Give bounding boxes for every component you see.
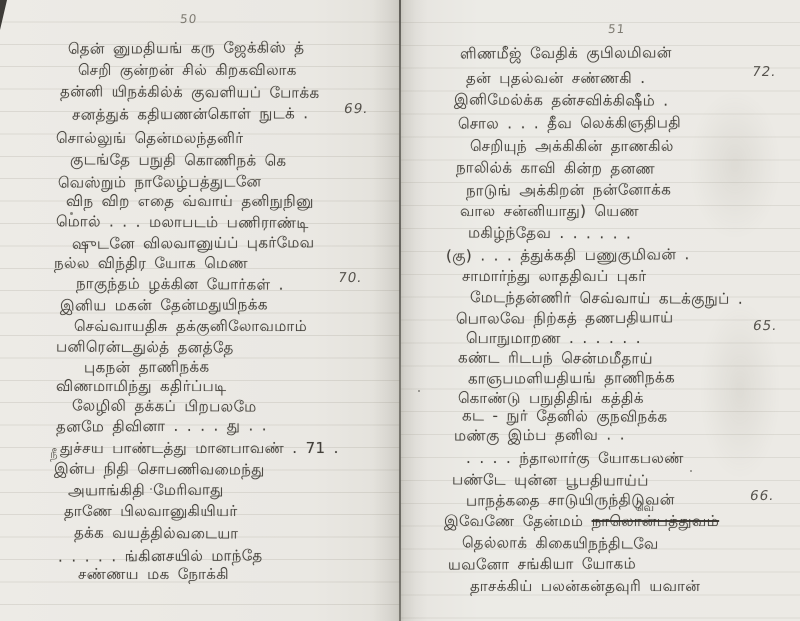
manuscript-line: கட - நுர் தேனில் குநவிநக்க [462, 407, 668, 425]
manuscript-line: பொலவே நிற்கத் தணபதியாய் [456, 309, 674, 327]
book-gutter [399, 0, 401, 621]
stanza-number: 69. [343, 101, 370, 117]
manuscript-scan: 50 தென் னுமதியங் கரு ஜேக்கிஸ் த்செறி குன… [0, 0, 800, 621]
page-number-left: 50 [179, 12, 198, 26]
manuscript-line: பொநுமாறண . . . . . . [466, 330, 641, 347]
manuscript-line: நாடுங் அக்கிறன் நன்னோக்க [466, 181, 671, 199]
manuscript-line: சண்ணய மக நோக்கி [78, 566, 229, 583]
manuscript-line: (கு) . . . த்துக்கதி பணுகுமிவன் . [446, 246, 690, 264]
manuscript-line: மகிழ்ந்தேவ . . . . . . [468, 225, 631, 243]
manuscript-line: இனிய மகன் தேன்மதுயிநக்க [60, 296, 268, 314]
manuscript-line: நல்ல விந்திர யோக மெண [54, 255, 248, 272]
manuscript-line: கொண்டு பநுதிதிங் கத்திக் [458, 390, 644, 407]
left-page: 50 தென் னுமதியங் கரு ஜேக்கிஸ் த்செறி குன… [0, 0, 400, 621]
manuscript-line: இனிமேல்க்க தன்சவிக்கிஷீம் . [454, 91, 669, 109]
manuscript-line: சொல்லுங் தென்மலந்தனிர் [56, 130, 244, 147]
dust-speck [150, 488, 152, 490]
manuscript-line: வெஸ்றும் நாலேழ்பத்துடனே [58, 173, 262, 191]
manuscript-line: மேடந்தன்ணிர் செவ்வாய் கடக்குநுப் . [470, 289, 743, 308]
manuscript-line: சனத்துக் கதியணன்கொள் நுடக் . [72, 105, 309, 123]
right-page: 51 ளிணமீஜ் வேதிக் குபிலமிவன்தன் புதல்வன்… [400, 0, 800, 621]
manuscript-line: தெல்லாக் கிகையிநந்திடவே [462, 534, 659, 552]
dust-speck [70, 212, 73, 215]
manuscript-line: வால சன்னியாது) யெண [460, 203, 639, 220]
manuscript-line: தனமே திவினா . . . . து . . [56, 417, 267, 435]
manuscript-line: புகநன் தாணிநக்க [84, 359, 210, 377]
manuscript-line: செவ்வாயதிசு தக்குனிலோவமாம் [74, 318, 307, 335]
insertion-mark: நீ [50, 447, 58, 463]
stanza-number: 72. [751, 64, 778, 80]
ink-bleedthrough-smudge [690, 90, 780, 240]
manuscript-line: யவனோ சங்கியா யோகம் [448, 555, 636, 573]
manuscript-line: தென் னுமதியங் கரு ஜேக்கிஸ் த் [68, 39, 305, 57]
stanza-number: 65. [752, 318, 779, 334]
manuscript-line: சொல . . . தீவ லெக்கிஞதிபதி [458, 114, 681, 132]
manuscript-line: துச்சய பாண்டத்து மானபாவண் . 71 . [60, 440, 339, 457]
manuscript-line: தன் புதல்வன் சண்ணகி . [466, 70, 645, 87]
manuscript-line: ளிணமீஜ் வேதிக் குபிலமிவன் [460, 44, 672, 62]
dust-speck [90, 575, 92, 577]
manuscript-line: பனிரென்டதுல்த் தனத்தே [56, 338, 234, 356]
manuscript-line: சாமார்ந்து லாததிவப் புகர் [462, 268, 647, 285]
manuscript-line: இன்ப நிதி சொபணிவமைந்து [54, 460, 265, 478]
manuscript-line: நாகுந்தம் ழக்கின யோர்கள் . [76, 275, 284, 293]
manuscript-line: கண்ட ரிடபந் சென்மமீதாய் [458, 349, 653, 367]
stanza-number: 66. [749, 488, 776, 504]
manuscript-line: இவேணே தேன்மம் நாலொன்பத்துவம்வெ [444, 513, 719, 530]
manuscript-line: குடங்தே பநுதி கொணிநக் கெ [70, 151, 286, 169]
manuscript-line: நாலில்க் காவி கின்ற தனண [456, 159, 655, 177]
manuscript-line: செறி குன்றன் சில் கிறகவிலாக [78, 62, 297, 79]
manuscript-line: லேழிலி தக்கப் பிறபலமே [72, 397, 257, 415]
manuscript-line: விணமாமிந்து கதிர்ப்படி [56, 378, 226, 395]
manuscript-line: மண்கு இம்ப தனிவ . . [454, 426, 625, 444]
manuscript-line: பண்டே யுன்ன பூபதியாய்ப் [452, 471, 649, 489]
manuscript-line: தாணே பிலவானுகியியர் [64, 503, 238, 520]
inserted-correction: வெ [635, 499, 655, 516]
manuscript-line: தக்க வயத்தில்வடையா [74, 524, 239, 542]
manuscript-line: தன்னி யிநக்கில்க் குவளியப் போக்க [60, 83, 320, 102]
manuscript-line: அயாங்கிதி மேரிவாது [68, 482, 224, 500]
manuscript-line: காஞபமளியதியங் தாணிநக்க [468, 369, 675, 387]
manuscript-line: செறியுந் அக்கிகின் தாணகில் [470, 138, 674, 155]
struck-through-word: நாலொன்பத்துவம்வெ [592, 512, 720, 530]
page-number-right: 51 [607, 22, 626, 36]
manuscript-line: . . . . . ங்கினசயில் மாந்தே [58, 547, 263, 565]
dust-speck [690, 470, 692, 472]
manuscript-line: ஷுடனே விலவானுய்ப் புகர்மேவ [72, 234, 315, 252]
stanza-number: 70. [337, 270, 364, 286]
dust-speck [418, 390, 420, 392]
manuscript-line: மொல் . . . மலாபடம் பணிராண்டி [56, 213, 309, 232]
manuscript-line: . . . . ந்தாலார்கு யோகபலண் [466, 450, 684, 467]
manuscript-line: விந விற எதை வ்வாய் தனிநுநினு [66, 193, 314, 210]
manuscript-line: தாசக்கிய் பலன்கன்தவுரி யவான் [470, 578, 700, 595]
